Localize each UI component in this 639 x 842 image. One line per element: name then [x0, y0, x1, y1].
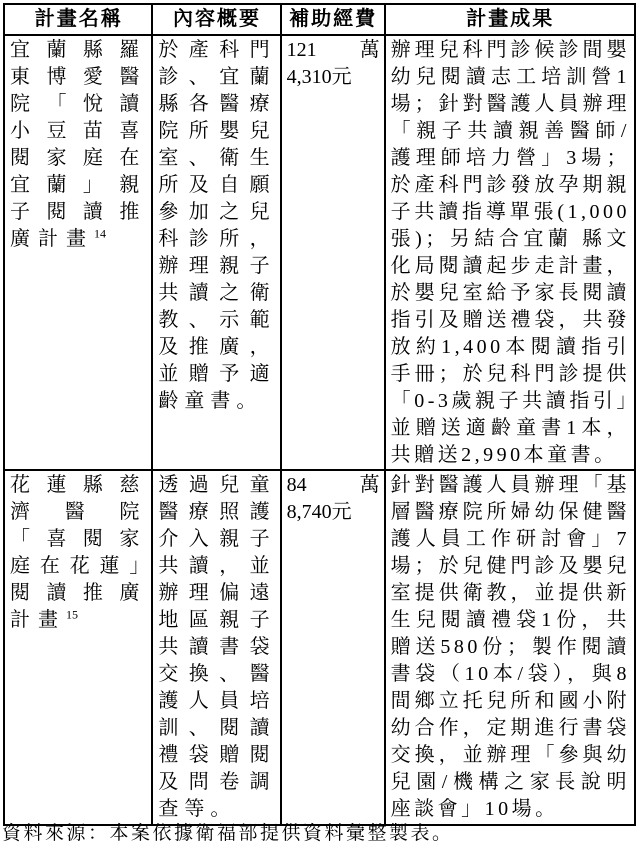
subsidy-budget-cell: 121 萬 4,310元	[281, 35, 385, 470]
budget-unit: 萬	[360, 37, 380, 64]
content-summary-cell: 透過兒童醫療照護介入親子共讀，並辦理偏遠地區親子共讀書袋交換、醫護人員培訓、閱讀…	[152, 470, 280, 825]
content-summary-cell: 於產科門診、宜蘭縣各醫療院所嬰兒室、衛生所及自願參加之兒科診所，辦理親子共讀之衛…	[152, 35, 280, 470]
budget-amount: 84	[287, 472, 307, 499]
header-plan-results: 計畫成果	[385, 4, 635, 35]
plan-table: 計畫名稱 內容概要 補助經費 計畫成果 宜蘭縣羅東博愛醫院「悅讀小豆苗喜閱家庭在…	[3, 3, 636, 826]
header-subsidy-budget: 補助經費	[281, 4, 385, 35]
document-page: 計畫名稱 內容概要 補助經費 計畫成果 宜蘭縣羅東博愛醫院「悅讀小豆苗喜閱家庭在…	[0, 0, 639, 842]
footnote-marker: 15	[66, 607, 78, 621]
budget-unit: 萬	[360, 472, 380, 499]
plan-name-cell: 宜蘭縣羅東博愛醫院「悅讀小豆苗喜閱家庭在宜蘭」親子閱讀推廣計畫14	[4, 35, 152, 470]
plan-name-text: 花蓮縣慈濟醫院「喜閱家庭在花蓮」閱讀推廣計畫	[10, 474, 147, 631]
table-row: 宜蘭縣羅東博愛醫院「悅讀小豆苗喜閱家庭在宜蘭」親子閱讀推廣計畫14 於產科門診、…	[4, 35, 635, 470]
plan-results-cell: 針對醫護人員辦理「基層醫療院所婦幼保健醫護人員工作研討會」7場；於兒健門診及嬰兒…	[385, 470, 635, 825]
plan-results-cell: 辦理兒科門診候診間嬰幼兒閱讀志工培訓營1場；針對醫護人員辦理「親子共讀親善醫師/…	[385, 35, 635, 470]
table-header-row: 計畫名稱 內容概要 補助經費 計畫成果	[4, 4, 635, 35]
budget-line-1: 84 萬	[287, 472, 380, 499]
table-row: 花蓮縣慈濟醫院「喜閱家庭在花蓮」閱讀推廣計畫15 透過兒童醫療照護介入親子共讀，…	[4, 470, 635, 825]
budget-amount: 121	[287, 37, 317, 64]
budget-line-2: 4,310元	[287, 64, 380, 91]
header-plan-name: 計畫名稱	[4, 4, 152, 35]
budget-line-2: 8,740元	[287, 499, 380, 526]
footnote-marker: 14	[94, 226, 106, 240]
subsidy-budget-cell: 84 萬 8,740元	[281, 470, 385, 825]
source-note: 資料來源：本案依據衛福部提供資料彙整製表。	[2, 818, 454, 842]
plan-name-cell: 花蓮縣慈濟醫院「喜閱家庭在花蓮」閱讀推廣計畫15	[4, 470, 152, 825]
header-content-summary: 內容概要	[152, 4, 280, 35]
plan-name-text: 宜蘭縣羅東博愛醫院「悅讀小豆苗喜閱家庭在宜蘭」親子閱讀推廣計畫	[10, 39, 147, 250]
budget-line-1: 121 萬	[287, 37, 380, 64]
